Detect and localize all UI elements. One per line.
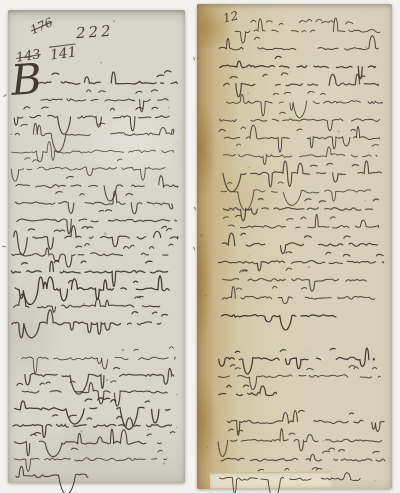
manuscript-page-right: 12 (197, 4, 392, 489)
margin-ink-mark (193, 57, 195, 61)
manuscript-scan: 176 222 143 141 В 12 (0, 0, 400, 493)
margin-ink-mark (3, 94, 7, 97)
manuscript-page-left: 176 222 143 141 В (8, 10, 185, 483)
margin-ink-mark (2, 246, 6, 248)
handwriting-text-left (8, 10, 185, 483)
handwriting-text-right (197, 4, 392, 489)
margin-ink-mark (193, 247, 195, 251)
